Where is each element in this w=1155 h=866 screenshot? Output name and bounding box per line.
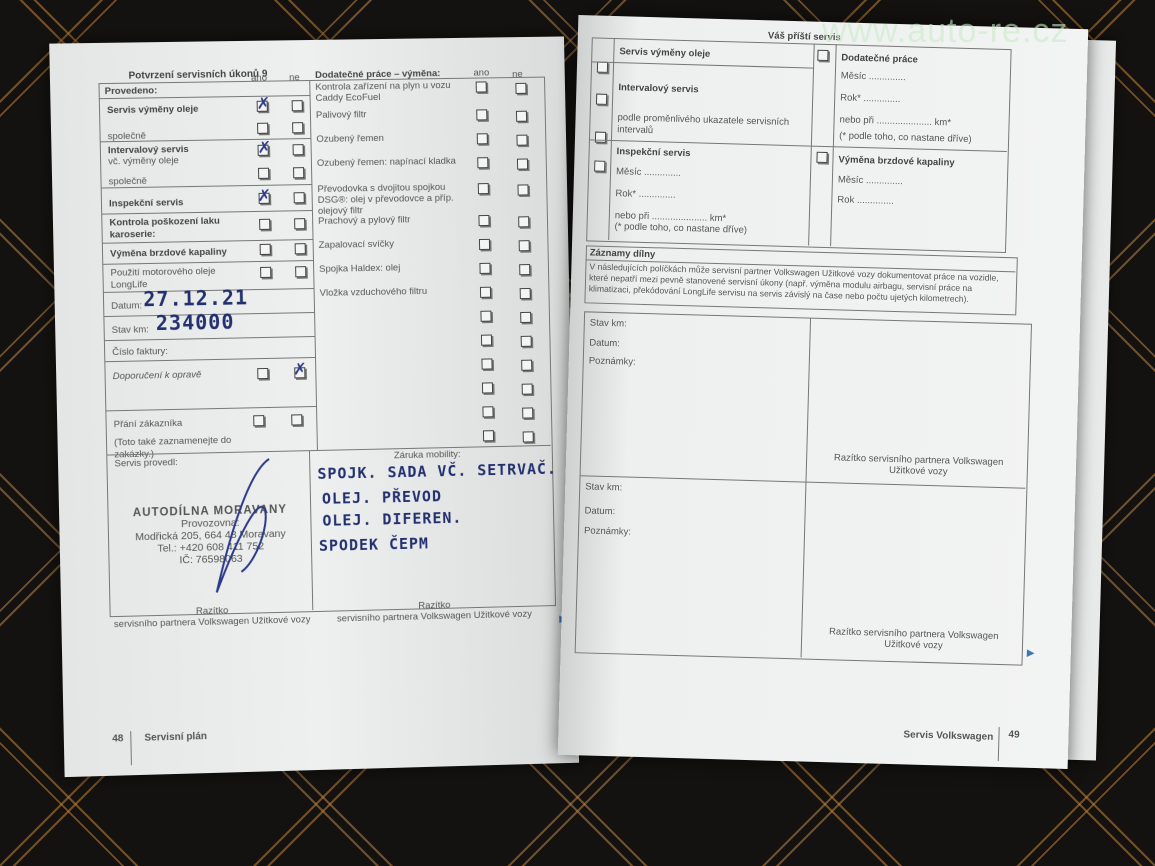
additional-item-no-checkbox[interactable] — [516, 135, 527, 146]
additional-col-yes: ano — [473, 67, 489, 78]
item-interval-service-sub: vč. výměny oleje — [108, 155, 179, 167]
service-by-label: Servis provedl: — [114, 457, 177, 469]
date-value: 27.12.21 — [143, 285, 248, 311]
date-label: Datum: — [111, 300, 142, 312]
additional-item-no-checkbox[interactable] — [521, 336, 532, 347]
record-1-notes-label[interactable]: Poznámky: — [589, 355, 636, 367]
additional-item-no-checkbox[interactable] — [522, 407, 533, 418]
next-inspection-checkbox[interactable] — [594, 161, 605, 172]
next-interval-service-checkbox[interactable] — [596, 94, 607, 105]
longlife-no-checkbox[interactable] — [295, 266, 306, 277]
brake-fluid-year-field[interactable]: Rok .............. — [837, 194, 894, 207]
col-yes-header: ano — [251, 73, 267, 84]
additional-item-yes-checkbox[interactable] — [480, 311, 491, 322]
together-1-no-checkbox[interactable] — [292, 122, 303, 133]
brake-fluid-yes-checkbox[interactable] — [260, 244, 271, 255]
additional-item-yes-checkbox[interactable] — [480, 287, 491, 298]
repair-recommendation-label: Doporučení k opravě — [113, 369, 202, 382]
additional-month-field[interactable]: Měsíc .............. — [841, 70, 906, 83]
customer-wish-yes-checkbox[interactable] — [253, 415, 264, 426]
additional-item-yes-checkbox[interactable] — [477, 157, 488, 168]
additional-item-no-checkbox[interactable] — [519, 240, 530, 251]
additional-item-no-checkbox[interactable] — [518, 216, 529, 227]
additional-item-yes-checkbox[interactable] — [477, 133, 488, 144]
additional-item-yes-checkbox[interactable] — [476, 81, 487, 92]
checkmark-icon: ✗ — [257, 188, 271, 204]
additional-item-no-checkbox[interactable] — [519, 264, 530, 275]
additional-item-label: Palivový filtr — [316, 108, 466, 121]
handwritten-note-4: SPODEK ČEPM — [319, 534, 429, 555]
checkmark-icon: ✗ — [257, 140, 271, 156]
additional-item-yes-checkbox[interactable] — [482, 406, 493, 417]
customer-wish-no-checkbox[interactable] — [291, 414, 302, 425]
additional-item-label: Převodovka s dvojitou spojkou DSG®: olej… — [317, 181, 467, 216]
page-heading: Potvrzení servisních úkonů 9 — [128, 69, 267, 82]
record-2-km-label[interactable]: Stav km: — [585, 481, 622, 493]
performed-header: Provedeno: — [105, 85, 158, 97]
additional-item-yes-checkbox[interactable] — [481, 358, 492, 369]
additional-item-no-checkbox[interactable] — [516, 111, 527, 122]
checkmark-icon: ✗ — [256, 96, 270, 112]
records-frame — [575, 311, 1032, 665]
together-1-yes-checkbox[interactable] — [257, 123, 268, 134]
next-interval-service-label: Intervalový servis — [618, 82, 699, 95]
record-2-notes-label[interactable]: Poznámky: — [584, 525, 631, 537]
next-brake-fluid-checkbox[interactable] — [816, 152, 827, 163]
additional-item-yes-checkbox[interactable] — [476, 109, 487, 120]
additional-item-yes-checkbox[interactable] — [479, 239, 490, 250]
km-label: Stav km: — [112, 324, 149, 336]
customer-wish-label: Přání zákazníka — [114, 418, 183, 430]
km-value: 234000 — [156, 310, 235, 336]
continue-arrow-icon: ▶ — [1027, 648, 1035, 659]
additional-work-list: Kontrola zařízení na plyn u vozu Caddy E… — [49, 36, 564, 43]
additional-item-no-checkbox[interactable] — [520, 288, 531, 299]
next-additional-work-checkbox[interactable] — [817, 50, 828, 61]
right-page: Váš příští servis Servis výměny oleje In… — [558, 15, 1088, 769]
paint-check-yes-checkbox[interactable] — [259, 219, 270, 230]
mobility-label: Záruka mobility: — [394, 449, 461, 461]
col-no-header: ne — [289, 72, 300, 83]
inspection-no-checkbox[interactable] — [294, 192, 305, 203]
page-number: 49 — [1008, 729, 1019, 740]
additional-item-yes-checkbox[interactable] — [481, 335, 492, 346]
additional-item-no-checkbox[interactable] — [517, 184, 528, 195]
additional-item-yes-checkbox[interactable] — [483, 430, 494, 441]
additional-item-label: Kontrola zařízení na plyn u vozu Caddy E… — [315, 80, 465, 104]
additional-item-yes-checkbox[interactable] — [482, 382, 493, 393]
invoice-label: Číslo faktury: — [112, 346, 168, 358]
additional-item-yes-checkbox[interactable] — [478, 183, 489, 194]
item-paint-check: Kontrola poškození laku karoserie: — [109, 215, 230, 241]
item-inspection-service: Inspekční servis — [109, 197, 184, 209]
brake-fluid-month-field[interactable]: Měsíc .............. — [838, 174, 903, 187]
additional-header: Dodatečné práce – výměna: — [315, 68, 440, 81]
stamp-caption-right: Razítko servisního partnera Volkswagen U… — [317, 597, 551, 625]
left-page: Potvrzení servisních úkonů 9 ano ne Prov… — [49, 36, 579, 777]
record-2-date-label[interactable]: Datum: — [584, 505, 615, 517]
footer-divider — [130, 731, 132, 765]
additional-item-no-checkbox[interactable] — [517, 158, 528, 169]
page-number: 48 — [112, 733, 123, 744]
additional-item-no-checkbox[interactable] — [521, 360, 532, 371]
stamp-caption-left: Razítko servisního partnera Volkswagen U… — [112, 603, 313, 630]
checkmark-icon: ✗ — [293, 361, 307, 377]
footer-divider — [998, 727, 1000, 761]
page-section-title: Servisní plán — [144, 731, 207, 744]
additional-item-no-checkbox[interactable] — [515, 83, 526, 94]
additional-item-no-checkbox[interactable] — [523, 431, 534, 442]
together-2-yes-checkbox[interactable] — [258, 168, 269, 179]
inspection-month-field[interactable]: Měsíc .............. — [616, 166, 681, 179]
next-additional-work-label: Dodatečné práce — [841, 52, 918, 65]
oil-service-no-checkbox[interactable] — [292, 100, 303, 111]
item-brake-fluid: Výměna brzdové kapaliny — [110, 247, 227, 260]
item-oil-service: Servis výměny oleje — [107, 104, 199, 116]
item-together-2: společně — [108, 176, 147, 188]
additional-item-yes-checkbox[interactable] — [479, 263, 490, 274]
next-oil-service-checkbox[interactable] — [597, 62, 608, 73]
additional-col-no: ne — [512, 69, 523, 80]
repair-recommendation-yes-checkbox[interactable] — [257, 368, 268, 379]
paint-check-no-checkbox[interactable] — [294, 218, 305, 229]
watermark: www.auto-re.cz — [822, 12, 1068, 51]
inspection-year-field[interactable]: Rok* .............. — [615, 188, 675, 201]
signature — [209, 451, 292, 603]
handwritten-note-2: OLEJ. PŘEVOD — [322, 487, 442, 508]
longlife-yes-checkbox[interactable] — [260, 267, 271, 278]
additional-year-field[interactable]: Rok* .............. — [840, 92, 900, 105]
workshop-records-title: Záznamy dílny — [590, 247, 656, 260]
page-section-title: Servis Volkswagen — [903, 729, 993, 743]
brake-fluid-no-checkbox[interactable] — [295, 243, 306, 254]
handwritten-note-3: OLEJ. DIFEREN. — [322, 509, 462, 530]
additional-item-no-checkbox[interactable] — [522, 384, 533, 395]
next-variable-interval-checkbox[interactable] — [595, 132, 606, 143]
together-2-no-checkbox[interactable] — [293, 167, 304, 178]
record-1-km-label[interactable]: Stav km: — [590, 317, 627, 329]
interval-service-no-checkbox[interactable] — [293, 144, 304, 155]
additional-item-no-checkbox[interactable] — [520, 312, 531, 323]
record-1-date-label[interactable]: Datum: — [589, 337, 620, 349]
additional-item-yes-checkbox[interactable] — [478, 215, 489, 226]
next-inspection-label: Inspekční servis — [616, 146, 690, 159]
